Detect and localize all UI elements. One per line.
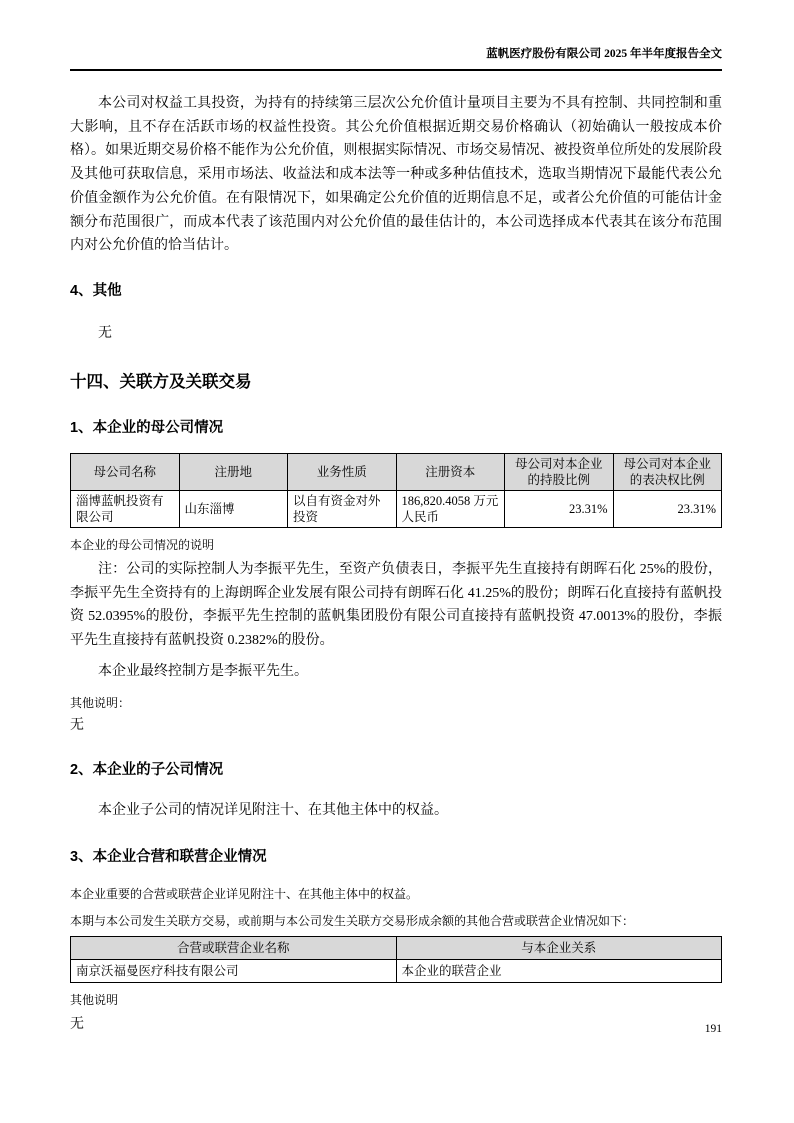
other-note-label-2: 其他说明 (70, 992, 722, 1008)
parent-company-table-head: 母公司名称 注册地 业务性质 注册资本 母公司对本企业的持股比例 母公司对本企业… (71, 453, 722, 490)
cell-jv-relationship: 本企业的联营企业 (396, 959, 722, 982)
parent-table-note-label: 本企业的母公司情况的说明 (70, 537, 722, 553)
cell-registered-capital: 186,820.4058 万元人民币 (396, 490, 505, 527)
cell-parent-name: 淄博蓝帆投资有限公司 (71, 490, 180, 527)
other-note-value-2: 无 (70, 1015, 722, 1035)
other-note-value-1: 无 (70, 716, 722, 736)
subsidiaries-content: 本企业子公司的情况详见附注十、在其他主体中的权益。 (70, 801, 722, 821)
heading-parent-company: 1、本企业的母公司情况 (70, 418, 722, 438)
joint-venture-table-head: 合营或联营企业名称 与本企业关系 (71, 936, 722, 959)
other-content: 无 (70, 324, 722, 344)
col-shareholding-ratio: 母公司对本企业的持股比例 (505, 453, 614, 490)
col-registered-place: 注册地 (179, 453, 288, 490)
cell-shareholding-ratio: 23.31% (505, 490, 614, 527)
table-row: 南京沃福曼医疗科技有限公司 本企业的联营企业 (71, 959, 722, 982)
heading-other: 4、其他 (70, 281, 722, 301)
col-parent-name: 母公司名称 (71, 453, 180, 490)
jv-intro-line-1: 本企业重要的合营或联营企业详见附注十、在其他主体中的权益。 (70, 886, 722, 902)
table-header-row: 合营或联营企业名称 与本企业关系 (71, 936, 722, 959)
joint-venture-table: 合营或联营企业名称 与本企业关系 南京沃福曼医疗科技有限公司 本企业的联营企业 (70, 936, 722, 983)
heading-subsidiaries: 2、本企业的子公司情况 (70, 760, 722, 780)
running-header: 蓝帆医疗股份有限公司 2025 年半年度报告全文 (70, 0, 722, 71)
heading-joint-ventures: 3、本企业合营和联营企业情况 (70, 847, 722, 867)
cell-registered-place: 山东淄博 (179, 490, 288, 527)
other-note-label-1: 其他说明： (70, 695, 722, 711)
report-page: { "header": { "title": "蓝帆医疗股份有限公司 2025 … (0, 0, 794, 1123)
col-jv-name: 合营或联营企业名称 (71, 936, 397, 959)
parent-company-table: 母公司名称 注册地 业务性质 注册资本 母公司对本企业的持股比例 母公司对本企业… (70, 453, 722, 528)
controller-note-paragraph: 注：公司的实际控制人为李振平先生，至资产负债表日，李振平先生直接持有朗晖石化 2… (70, 558, 722, 653)
cell-business-nature: 以自有资金对外投资 (288, 490, 397, 527)
col-business-nature: 业务性质 (288, 453, 397, 490)
col-jv-relationship: 与本企业关系 (396, 936, 722, 959)
report-title: 蓝帆医疗股份有限公司 2025 年半年度报告全文 (486, 48, 722, 60)
cell-voting-ratio: 23.31% (613, 490, 722, 527)
table-row: 淄博蓝帆投资有限公司 山东淄博 以自有资金对外投资 186,820.4058 万… (71, 490, 722, 527)
jv-intro-line-2: 本期与本公司发生关联方交易，或前期与本公司发生关联方交易形成余额的其他合营或联营… (70, 913, 722, 929)
cell-jv-name: 南京沃福曼医疗科技有限公司 (71, 959, 397, 982)
joint-venture-table-body: 南京沃福曼医疗科技有限公司 本企业的联营企业 (71, 959, 722, 982)
page-number: 191 (705, 1022, 722, 1036)
ultimate-controller-line: 本企业最终控制方是李振平先生。 (70, 662, 722, 682)
page-content: 蓝帆医疗股份有限公司 2025 年半年度报告全文 本公司对权益工具投资，为持有的… (70, 0, 722, 1035)
col-voting-ratio: 母公司对本企业的表决权比例 (613, 453, 722, 490)
parent-company-table-body: 淄博蓝帆投资有限公司 山东淄博 以自有资金对外投资 186,820.4058 万… (71, 490, 722, 527)
fair-value-paragraph: 本公司对权益工具投资，为持有的持续第三层次公允价值计量项目主要为不具有控制、共同… (70, 92, 722, 258)
chapter-heading: 十四、关联方及关联交易 (70, 371, 722, 393)
col-registered-capital: 注册资本 (396, 453, 505, 490)
table-header-row: 母公司名称 注册地 业务性质 注册资本 母公司对本企业的持股比例 母公司对本企业… (71, 453, 722, 490)
